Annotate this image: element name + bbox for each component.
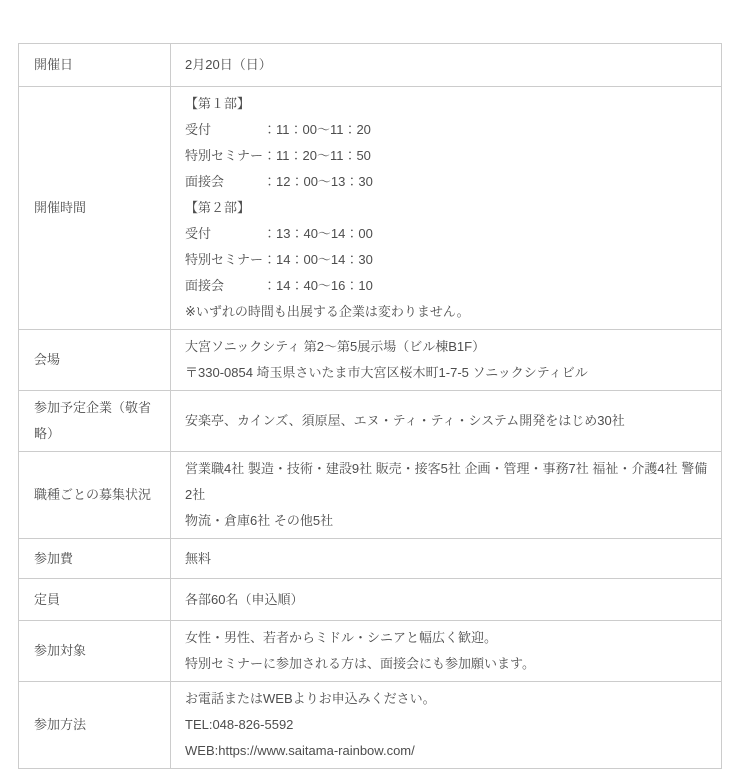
table-row-job-categories: 職種ごとの募集状況 営業職4社 製造・技術・建設9社 販売・接客5社 企画・管理… [19, 452, 722, 539]
row-label-target: 参加対象 [19, 621, 171, 682]
table-row-time: 開催時間 【第１部】 受付 ：11：00〜11：20 特別セミナー：11：20〜… [19, 87, 722, 330]
table-row-how-to-join: 参加方法 お電話またはWEBよりお申込みください。 TEL:048-826-55… [19, 682, 722, 769]
table-row-date: 開催日 2月20日（日） [19, 44, 722, 87]
row-value-job-categories: 営業職4社 製造・技術・建設9社 販売・接客5社 企画・管理・事務7社 福祉・介… [171, 452, 722, 539]
row-value-fee: 無料 [171, 539, 722, 579]
row-label-date: 開催日 [19, 44, 171, 87]
row-label-capacity: 定員 [19, 579, 171, 621]
table-row-venue: 会場 大宮ソニックシティ 第2〜第5展示場（ビル棟B1F） 〒330-0854 … [19, 330, 722, 391]
event-info-page: 開催日 2月20日（日） 開催時間 【第１部】 受付 ：11：00〜11：20 … [0, 0, 740, 732]
row-label-job-categories: 職種ごとの募集状況 [19, 452, 171, 539]
row-label-fee: 参加費 [19, 539, 171, 579]
table-row-companies: 参加予定企業（敬省略） 安楽亭、カインズ、須原屋、エヌ・ティ・ティ・システム開発… [19, 391, 722, 452]
row-value-target: 女性・男性、若者からミドル・シニアと幅広く歓迎。 特別セミナーに参加される方は、… [171, 621, 722, 682]
table-row-target: 参加対象 女性・男性、若者からミドル・シニアと幅広く歓迎。 特別セミナーに参加さ… [19, 621, 722, 682]
table-row-fee: 参加費 無料 [19, 539, 722, 579]
row-value-venue: 大宮ソニックシティ 第2〜第5展示場（ビル棟B1F） 〒330-0854 埼玉県… [171, 330, 722, 391]
row-value-time: 【第１部】 受付 ：11：00〜11：20 特別セミナー：11：20〜11：50… [171, 87, 722, 330]
table-row-capacity: 定員 各部60名（申込順） [19, 579, 722, 621]
row-value-capacity: 各部60名（申込順） [171, 579, 722, 621]
row-label-companies: 参加予定企業（敬省略） [19, 391, 171, 452]
row-value-how-to-join: お電話またはWEBよりお申込みください。 TEL:048-826-5592 WE… [171, 682, 722, 769]
row-value-date: 2月20日（日） [171, 44, 722, 87]
event-info-table: 開催日 2月20日（日） 開催時間 【第１部】 受付 ：11：00〜11：20 … [18, 43, 722, 769]
row-label-how-to-join: 参加方法 [19, 682, 171, 769]
row-value-companies: 安楽亭、カインズ、須原屋、エヌ・ティ・ティ・システム開発をはじめ30社 [171, 391, 722, 452]
row-label-venue: 会場 [19, 330, 171, 391]
row-label-time: 開催時間 [19, 87, 171, 330]
